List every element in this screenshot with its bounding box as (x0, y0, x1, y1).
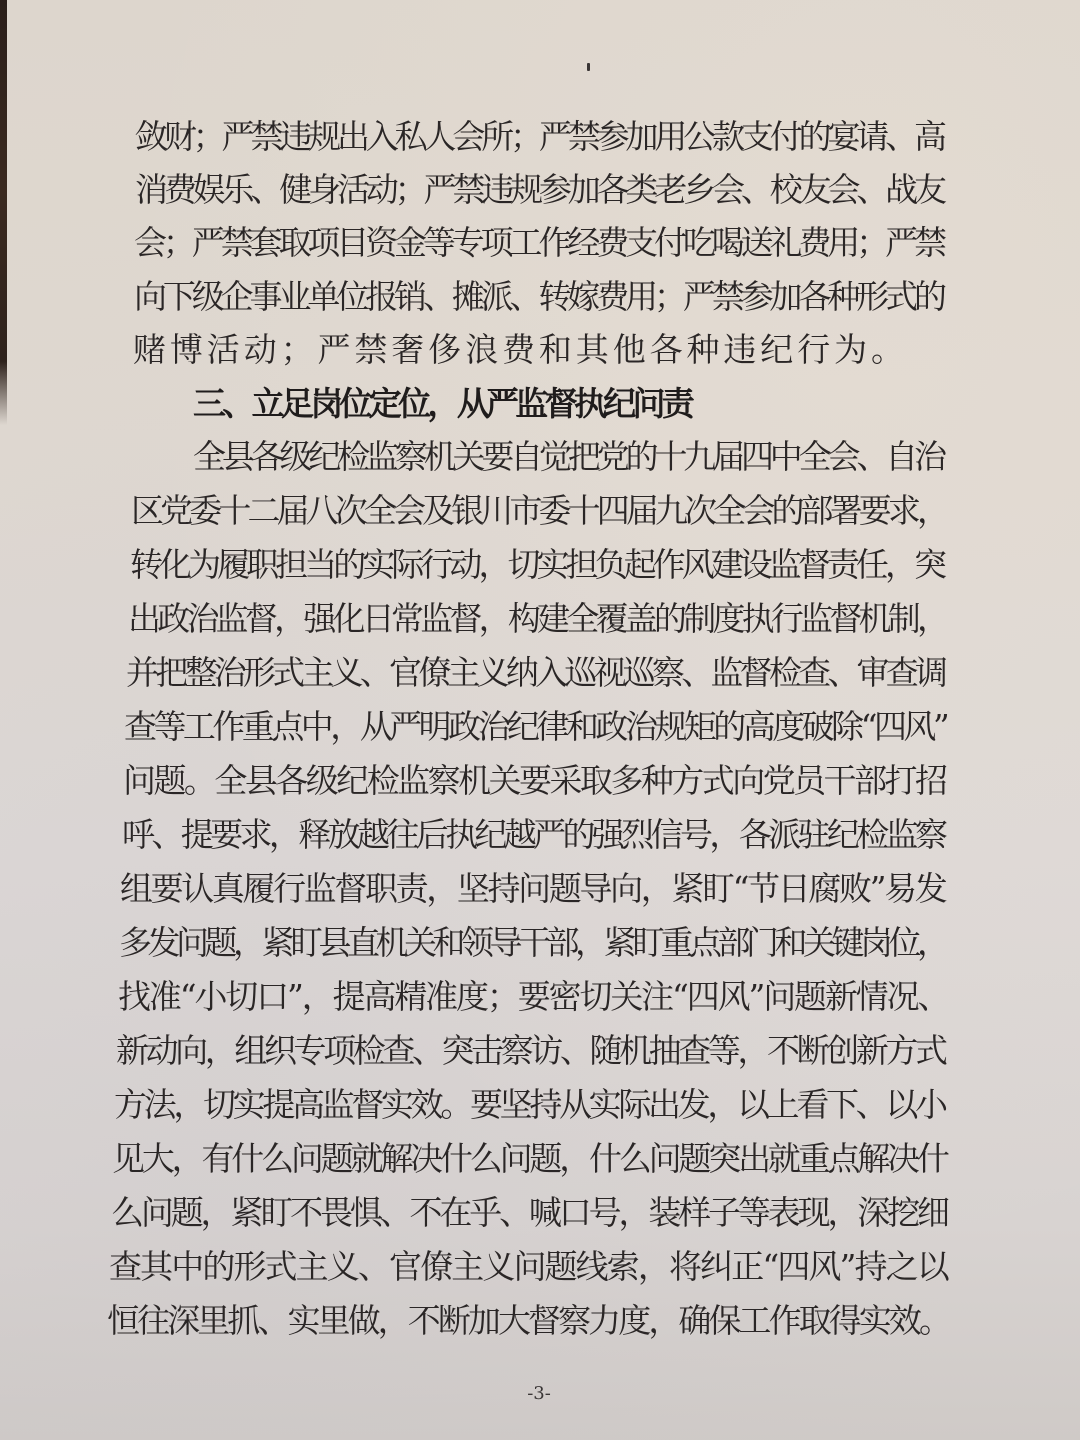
print-speck (587, 63, 590, 71)
paragraph-line: 新动向，组织专项检查、突击察访、随机抽查等，不断创新方式 (116, 1031, 945, 1071)
paragraph-line: 会；严禁套取项目资金等专项工作经费支付吃喝送礼费用；严禁 (134, 223, 943, 263)
paragraph-line: 敛财；严禁违规出入私人会所；严禁参加用公款支付的宴请、高 (135, 117, 943, 157)
paragraph-line: 赌博活动；严禁奢侈浪费和其他各种违纪行为。 (133, 330, 908, 370)
paragraph-line: 恒往深里抓、实里做，不断加大督察力度，确保工作取得实效。 (107, 1301, 949, 1341)
page-edge-shadow (0, 0, 7, 425)
paragraph-line: 区党委十二届八次全会及银川市委十四届九次全会的部署要求， (131, 491, 946, 531)
paragraph-line: 组要认真履行监督职责，坚持问题导向，紧盯“节日腐败”易发 (120, 869, 945, 909)
paragraph-line: 出政治监督，强化日常监督，构建全覆盖的制度执行监督机制， (128, 599, 946, 639)
paragraph-line: 问题。全县各级纪检监察机关要采取多种方式向党员干部打招 (123, 761, 945, 801)
paragraph-line: 找准“小切口”，提高精准度；要密切关注“四风”问题新情况、 (118, 977, 948, 1017)
page-number: -3- (509, 1383, 569, 1404)
paragraph-line: 方法，切实提高监督实效。要坚持从实际出发，以上看下、以小 (114, 1085, 945, 1125)
paragraph-line: 向下级企事业单位报销、摊派、转嫁费用；严禁参加各种形式的 (134, 277, 943, 317)
paragraph-line: 并把整治形式主义、官僚主义纳入巡视巡察、监督检查、审查调 (126, 653, 944, 693)
paragraph-line: 转化为履职担当的实际行动，切实担负起作风建设监督责任，突 (130, 545, 943, 585)
paragraph-line: 见大，有什么问题就解决什么问题，什么问题突出就重点解决什 (112, 1139, 947, 1179)
paragraph-line: 呼、提要求，释放越往后执纪越严的强烈信号，各派驻纪检监察 (122, 815, 944, 855)
paragraph-line: 么问题，紧盯不畏惧、不在乎、喊口号，装样子等表现，深挖细 (111, 1193, 947, 1233)
paragraph-line: 全县各级纪检监察机关要自觉把党的十九届四中全会、自治 (193, 437, 943, 477)
paragraph-line: 查其中的形式主义、官僚主义问题线索，将纠正“四风”持之以 (109, 1247, 948, 1287)
section-heading: 三、立足岗位定位，从严监督执纪问责 (193, 384, 691, 424)
paragraph-line: 查等工作重点中，从严明政治纪律和政治规矩的高度破除“四风” (124, 707, 946, 747)
paragraph-line: 多发问题，紧盯县直机关和领导干部，紧盯重点部门和关键岗位， (119, 923, 946, 963)
paragraph-line: 消费娱乐、健身活动；严禁违规参加各类老乡会、校友会、战友 (135, 170, 943, 210)
